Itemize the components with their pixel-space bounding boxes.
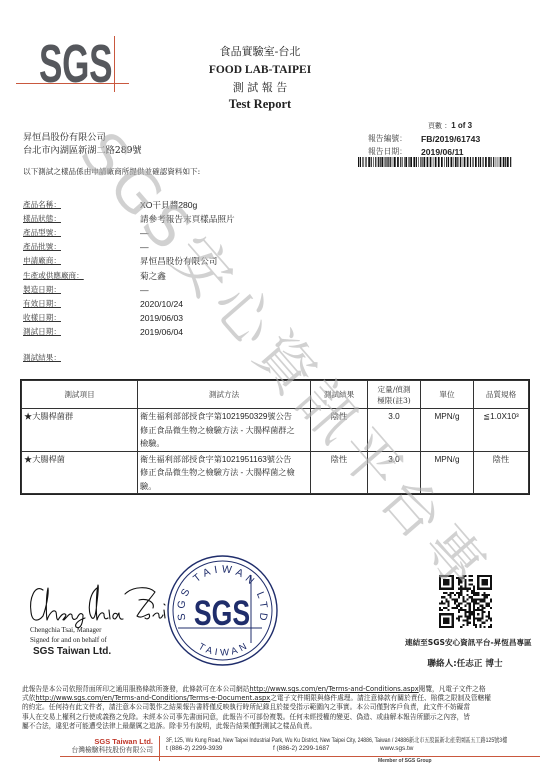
field-label-product-name: 產品名稱： — [23, 199, 61, 211]
lab-name-zh: 食品實驗室-台北 — [160, 46, 360, 58]
disclaimer-text: 之電子文件期限與條件處理。請注意條款有關於責任、賠償之限制及管轄權 — [270, 694, 491, 702]
header-unit: 單位 — [421, 381, 474, 409]
header-test-result: 測試結果 — [311, 381, 368, 409]
field-label-applicant: 申請廠商： — [23, 255, 61, 267]
method-line: 驗。 — [140, 480, 308, 494]
disclaimer-text: 此報告是本公司依照背面所印之通用服務條款所簽發，此條款可在本公司網站 — [22, 685, 249, 693]
method-line: 衛生福利部部授食字第1021950329號公告 — [140, 410, 308, 424]
field-value-manufacture-date: — — [140, 284, 149, 296]
qr-caption: 連結至SGS安心資訊平台-昇恆昌專區 — [405, 638, 525, 648]
footer-address: 3F, 125, Wu Kung Road, New Taipei Indust… — [166, 737, 507, 745]
method-line: 檢驗。 — [140, 437, 308, 451]
footer-company-zh: 台灣檢驗科技股份有限公司 — [30, 746, 153, 755]
field-value-expiry-date: 2020/10/24 — [140, 298, 183, 310]
cell-unit: MPN/g — [421, 409, 474, 452]
page-indicator: 頁數 ：1 of 3 — [428, 113, 472, 132]
field-value-applicant: 昇恒昌股份有限公司 — [140, 255, 217, 267]
cell-test-method: 衛生福利部部授食字第1021951163號公告 修正食品微生物之檢驗方法 - 大… — [138, 451, 311, 494]
footer-phone: t (886-2) 2299-3939 — [166, 745, 223, 753]
field-label-expiry-date: 有效日期： — [23, 298, 61, 310]
disclaimer-line-2: 式依http://www.sgs.com/en/Terms-and-Condit… — [22, 694, 530, 703]
field-label-sample-status: 樣品狀態： — [23, 213, 61, 225]
sgs-logo: SGS — [16, 36, 130, 93]
stamp-center-text: SGS — [194, 593, 250, 632]
report-title-en: Test Report — [160, 97, 360, 111]
table-row: ★大腸桿菌 衛生福利部部授食字第1021951163號公告 修正食品微生物之檢驗… — [22, 451, 529, 494]
terms-e-document-link[interactable]: http://www.sgs.com/en/Terms-and-Conditio… — [35, 694, 270, 702]
header-detection-limit: 定量/偵測 極限(註3) — [368, 381, 421, 409]
field-label-model: 產品型號： — [23, 227, 61, 239]
field-value-manufacturer: 菊之鑫 — [140, 270, 166, 282]
cell-quality-spec: ≦1.0X10³ — [474, 409, 529, 452]
results-heading: 測試結果： — [23, 352, 61, 364]
footer-website[interactable]: www.sgs.tw — [380, 745, 413, 753]
field-label-manufacturer: 生產或供應廠商： — [23, 270, 84, 282]
cell-unit: MPN/g — [421, 451, 474, 494]
report-title-zh: 測 試 報 告 — [160, 82, 360, 94]
method-line: 修正食品微生物之檢驗方法 - 大腸桿菌之檢 — [140, 466, 308, 480]
table-header-row: 測試項目 測試方法 測試結果 定量/偵測 極限(註3) 單位 品質規格 — [22, 381, 529, 409]
signer-name: Chengchia Tsai, Manager — [30, 626, 102, 635]
footer-company-en: SGS Taiwan Ltd. — [40, 737, 153, 746]
client-name: 昇恒昌股份有限公司 — [23, 131, 106, 144]
cell-detection-limit: 3.0 — [368, 409, 421, 452]
disclaimer-line-3: 的約定。任何持有此文件者，請注意本公司製作之結果報告書將僅反映執行時所紀錄且於接… — [22, 703, 530, 712]
cell-test-result: 陰性 — [311, 451, 368, 494]
header-test-method: 測試方法 — [138, 381, 311, 409]
barcode — [358, 157, 512, 167]
header-quality-spec: 品質規格 — [474, 381, 529, 409]
signer-company: SGS Taiwan Ltd. — [33, 646, 111, 658]
qr-code[interactable] — [439, 575, 492, 628]
field-value-sample-status: 請參考報告末頁樣品照片 — [140, 213, 235, 225]
report-number: FB/2019/61743 — [421, 133, 480, 145]
field-value-test-date: 2019/06/04 — [140, 326, 183, 338]
cell-quality-spec: 陰性 — [474, 451, 529, 494]
terms-link[interactable]: http://www.sgs.com/en/Terms-and-Conditio… — [249, 685, 418, 693]
logo-vertical-rule — [114, 36, 115, 92]
qr-contact: 聯絡人:任志正 博士 — [405, 659, 525, 670]
cell-test-item: ★大腸桿菌群 — [22, 409, 138, 452]
intro-text: 以下測試之樣品係由申請廠商所提供並確認資料如下: — [23, 167, 200, 177]
cell-test-item: ★大腸桿菌 — [22, 451, 138, 494]
footer-member-of-group: Member of SGS Group — [378, 758, 432, 764]
field-value-product-name: XO干貝醬280g — [140, 199, 197, 211]
cell-test-method: 衛生福利部部授食字第1021950329號公告 修正食品微生物之檢驗方法 - 大… — [138, 409, 311, 452]
watermark: SGS安心資訊平台專 — [62, 113, 508, 612]
handwritten-signature — [25, 582, 170, 630]
disclaimer-text: 式依 — [22, 694, 35, 702]
signed-on-behalf: Signed for and on behalf of — [30, 636, 107, 645]
field-value-received-date: 2019/06/03 — [140, 312, 183, 324]
footer-divider-horizontal — [60, 756, 540, 757]
disclaimer-line-4: 事人在交易上權利之行使或義務之免除。未經本公司事先書面同意，此報告不可部份複製。… — [22, 713, 530, 722]
page-value: 1 of 3 — [451, 121, 472, 130]
field-label-batch: 產品批號： — [23, 241, 61, 253]
table-row: ★大腸桿菌群 衛生福利部部授食字第1021950329號公告 修正食品微生物之檢… — [22, 409, 529, 452]
footer-fax: f (886-2) 2299-1687 — [273, 745, 330, 753]
method-line: 修正食品微生物之檢驗方法 - 大腸桿菌群之 — [140, 424, 308, 438]
field-value-model: — — [140, 227, 149, 239]
cell-test-result: 陰性 — [311, 409, 368, 452]
logo-horizontal-rule — [16, 83, 129, 84]
disclaimer-text: 閱覽，凡電子文件之格 — [419, 685, 486, 693]
results-table: 測試項目 測試方法 測試結果 定量/偵測 極限(註3) 單位 品質規格 ★大腸桿… — [21, 380, 529, 494]
field-label-received-date: 收樣日期： — [23, 312, 61, 324]
lab-name-en: FOOD LAB-TAIPEI — [160, 64, 360, 77]
footer-divider-vertical — [159, 736, 160, 761]
header-test-item: 測試項目 — [22, 381, 138, 409]
company-seal-stamp: SGS TAIWAN LTD TAIWAN SGS — [165, 553, 280, 668]
disclaimer-line-1: 此報告是本公司依照背面所印之通用服務條款所簽發，此條款可在本公司網站http:/… — [22, 685, 530, 694]
field-label-manufacture-date: 製造日期： — [23, 284, 61, 296]
field-value-batch: — — [140, 241, 149, 253]
method-line: 衛生福利部部授食字第1021951163號公告 — [140, 453, 308, 467]
field-label-test-date: 測試日期： — [23, 326, 61, 338]
cell-detection-limit: 3.0 — [368, 451, 421, 494]
page-label: 頁數 ： — [428, 122, 451, 130]
disclaimer-line-5: 屬不合法，違犯者可能遭受法律上最嚴厲之追訴。除非另有說明，此報告結果僅對測試之樣… — [22, 722, 530, 731]
report-number-label: 報告編號： — [368, 133, 407, 145]
client-address: 台北市內湖區新湖二路289號 — [23, 144, 142, 157]
